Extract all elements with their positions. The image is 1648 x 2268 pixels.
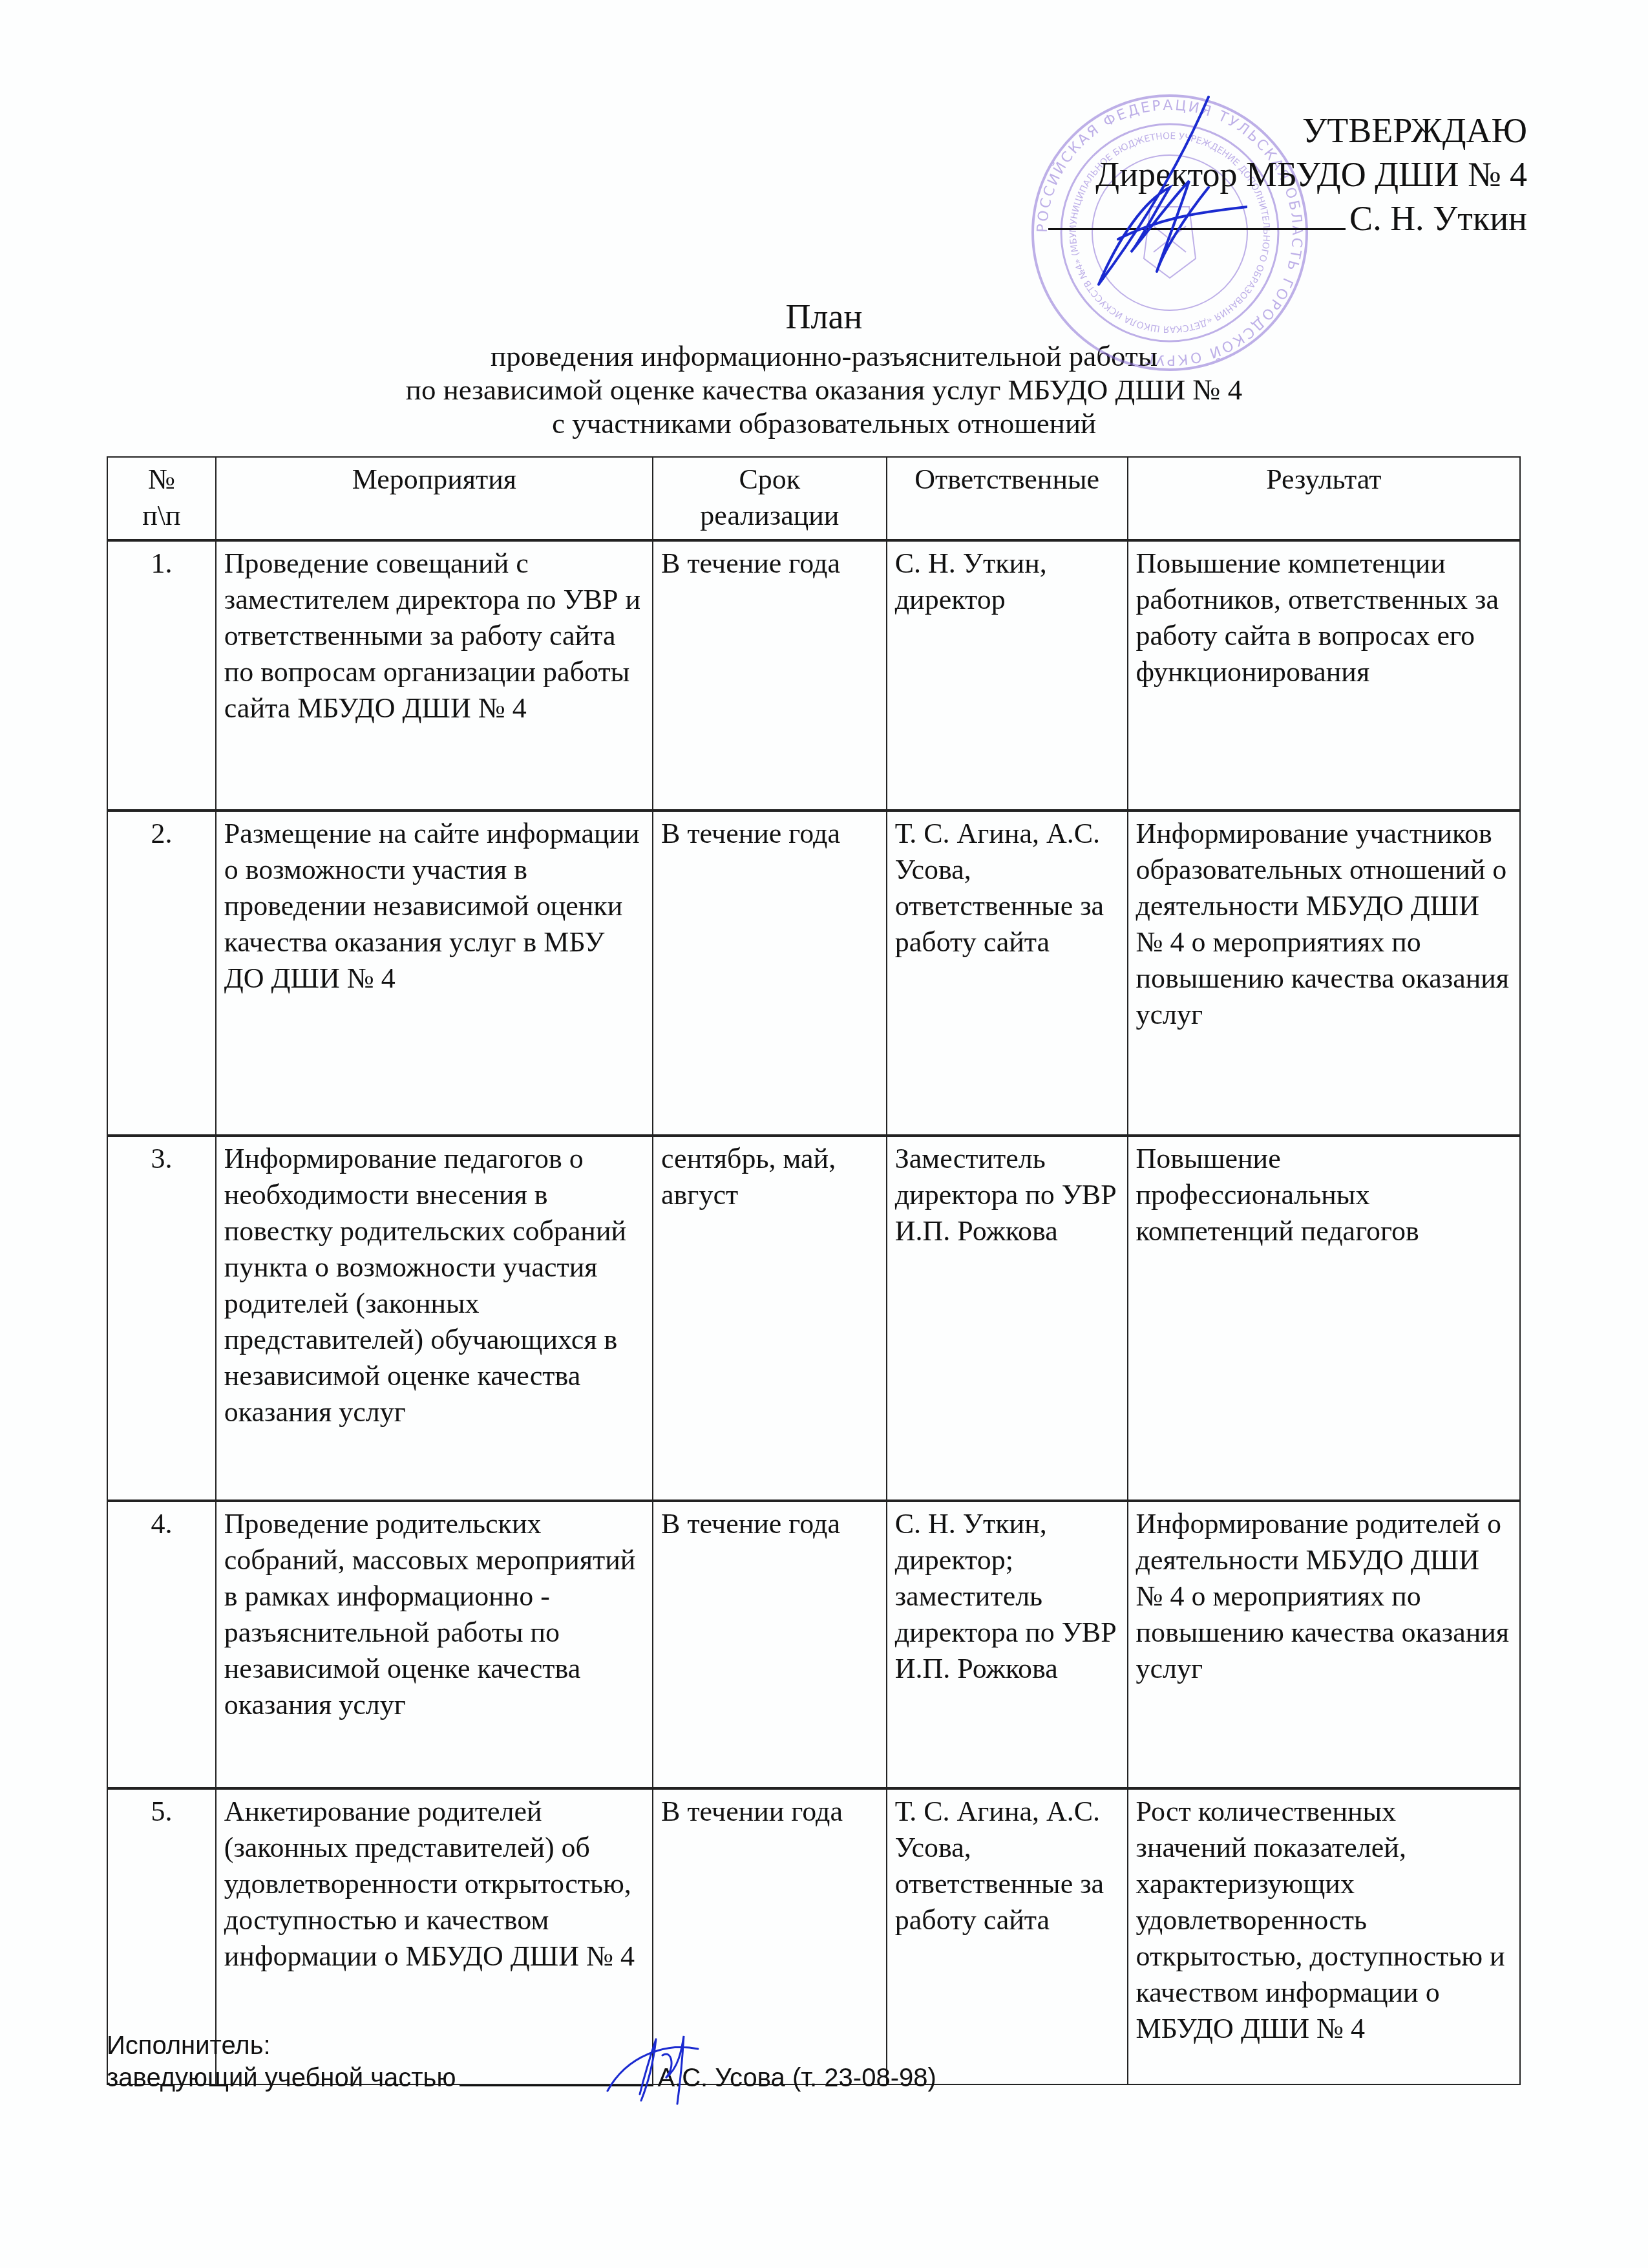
header-number: № п\п <box>107 457 216 540</box>
header-result: Результат <box>1128 457 1520 540</box>
executor-block: Исполнитель: заведующий учебной частьюА.… <box>107 2030 936 2094</box>
row-responsible: С. Н. Уткин, директор <box>887 540 1128 811</box>
row-number: 4. <box>107 1501 216 1788</box>
row-number: 3. <box>107 1136 216 1501</box>
title-line-2: по независимой оценке качества оказания … <box>0 373 1648 407</box>
plan-table: № п\п Мероприятия Срок реализации Ответс… <box>107 456 1521 2085</box>
row-event: Информирование педагогов о необходимости… <box>216 1136 653 1501</box>
header-events: Мероприятия <box>216 457 653 540</box>
table-row: 2. Размещение на сайте информации о возм… <box>107 811 1520 1136</box>
row-event: Проведение родительских собраний, массов… <box>216 1501 653 1788</box>
document-title: План проведения информационно-разъясните… <box>0 294 1648 440</box>
row-result: Информирование участников образовательны… <box>1128 811 1520 1136</box>
header-responsible: Ответственные <box>887 457 1128 540</box>
table-row: 4. Проведение родительских собраний, мас… <box>107 1501 1520 1788</box>
row-term: В течение года <box>653 540 887 811</box>
title-line-1: проведения информационно-разъяснительной… <box>0 339 1648 373</box>
table-row: 3. Информирование педагогов о необходимо… <box>107 1136 1520 1501</box>
row-result: Информирование родителей о деятельности … <box>1128 1501 1520 1788</box>
header-term: Срок реализации <box>653 457 887 540</box>
row-result: Повышение профессиональных компетенций п… <box>1128 1136 1520 1501</box>
row-responsible: Заместитель директора по УВР И.П. Рожков… <box>887 1136 1128 1501</box>
row-number: 2. <box>107 811 216 1136</box>
executor-position: заведующий учебной частью <box>107 2064 456 2092</box>
table-header-row: № п\п Мероприятия Срок реализации Ответс… <box>107 457 1520 540</box>
row-responsible: Т. С. Агина, А.С. Усова, ответственные з… <box>887 811 1128 1136</box>
row-event: Проведение совещаний с заместителем дире… <box>216 540 653 811</box>
row-result: Повышение компетенции работников, ответс… <box>1128 540 1520 811</box>
director-signature-icon <box>1060 90 1247 297</box>
row-term: В течение года <box>653 811 887 1136</box>
approver-name: С. Н. Уткин <box>1349 199 1527 238</box>
row-term: сентябрь, май, август <box>653 1136 887 1501</box>
row-result: Рост количественных значений показателей… <box>1128 1788 1520 2084</box>
row-term: В течение года <box>653 1501 887 1788</box>
row-responsible: С. Н. Уткин, директор; заместитель дирек… <box>887 1501 1128 1788</box>
executor-label: Исполнитель: <box>107 2030 936 2062</box>
executor-signature-icon <box>601 2030 704 2107</box>
title-line-3: с участниками образовательных отношений <box>0 407 1648 440</box>
row-number: 1. <box>107 540 216 811</box>
row-event: Размещение на сайте информации о возможн… <box>216 811 653 1136</box>
table-row: 1. Проведение совещаний с заместителем д… <box>107 540 1520 811</box>
title-main: План <box>0 294 1648 339</box>
